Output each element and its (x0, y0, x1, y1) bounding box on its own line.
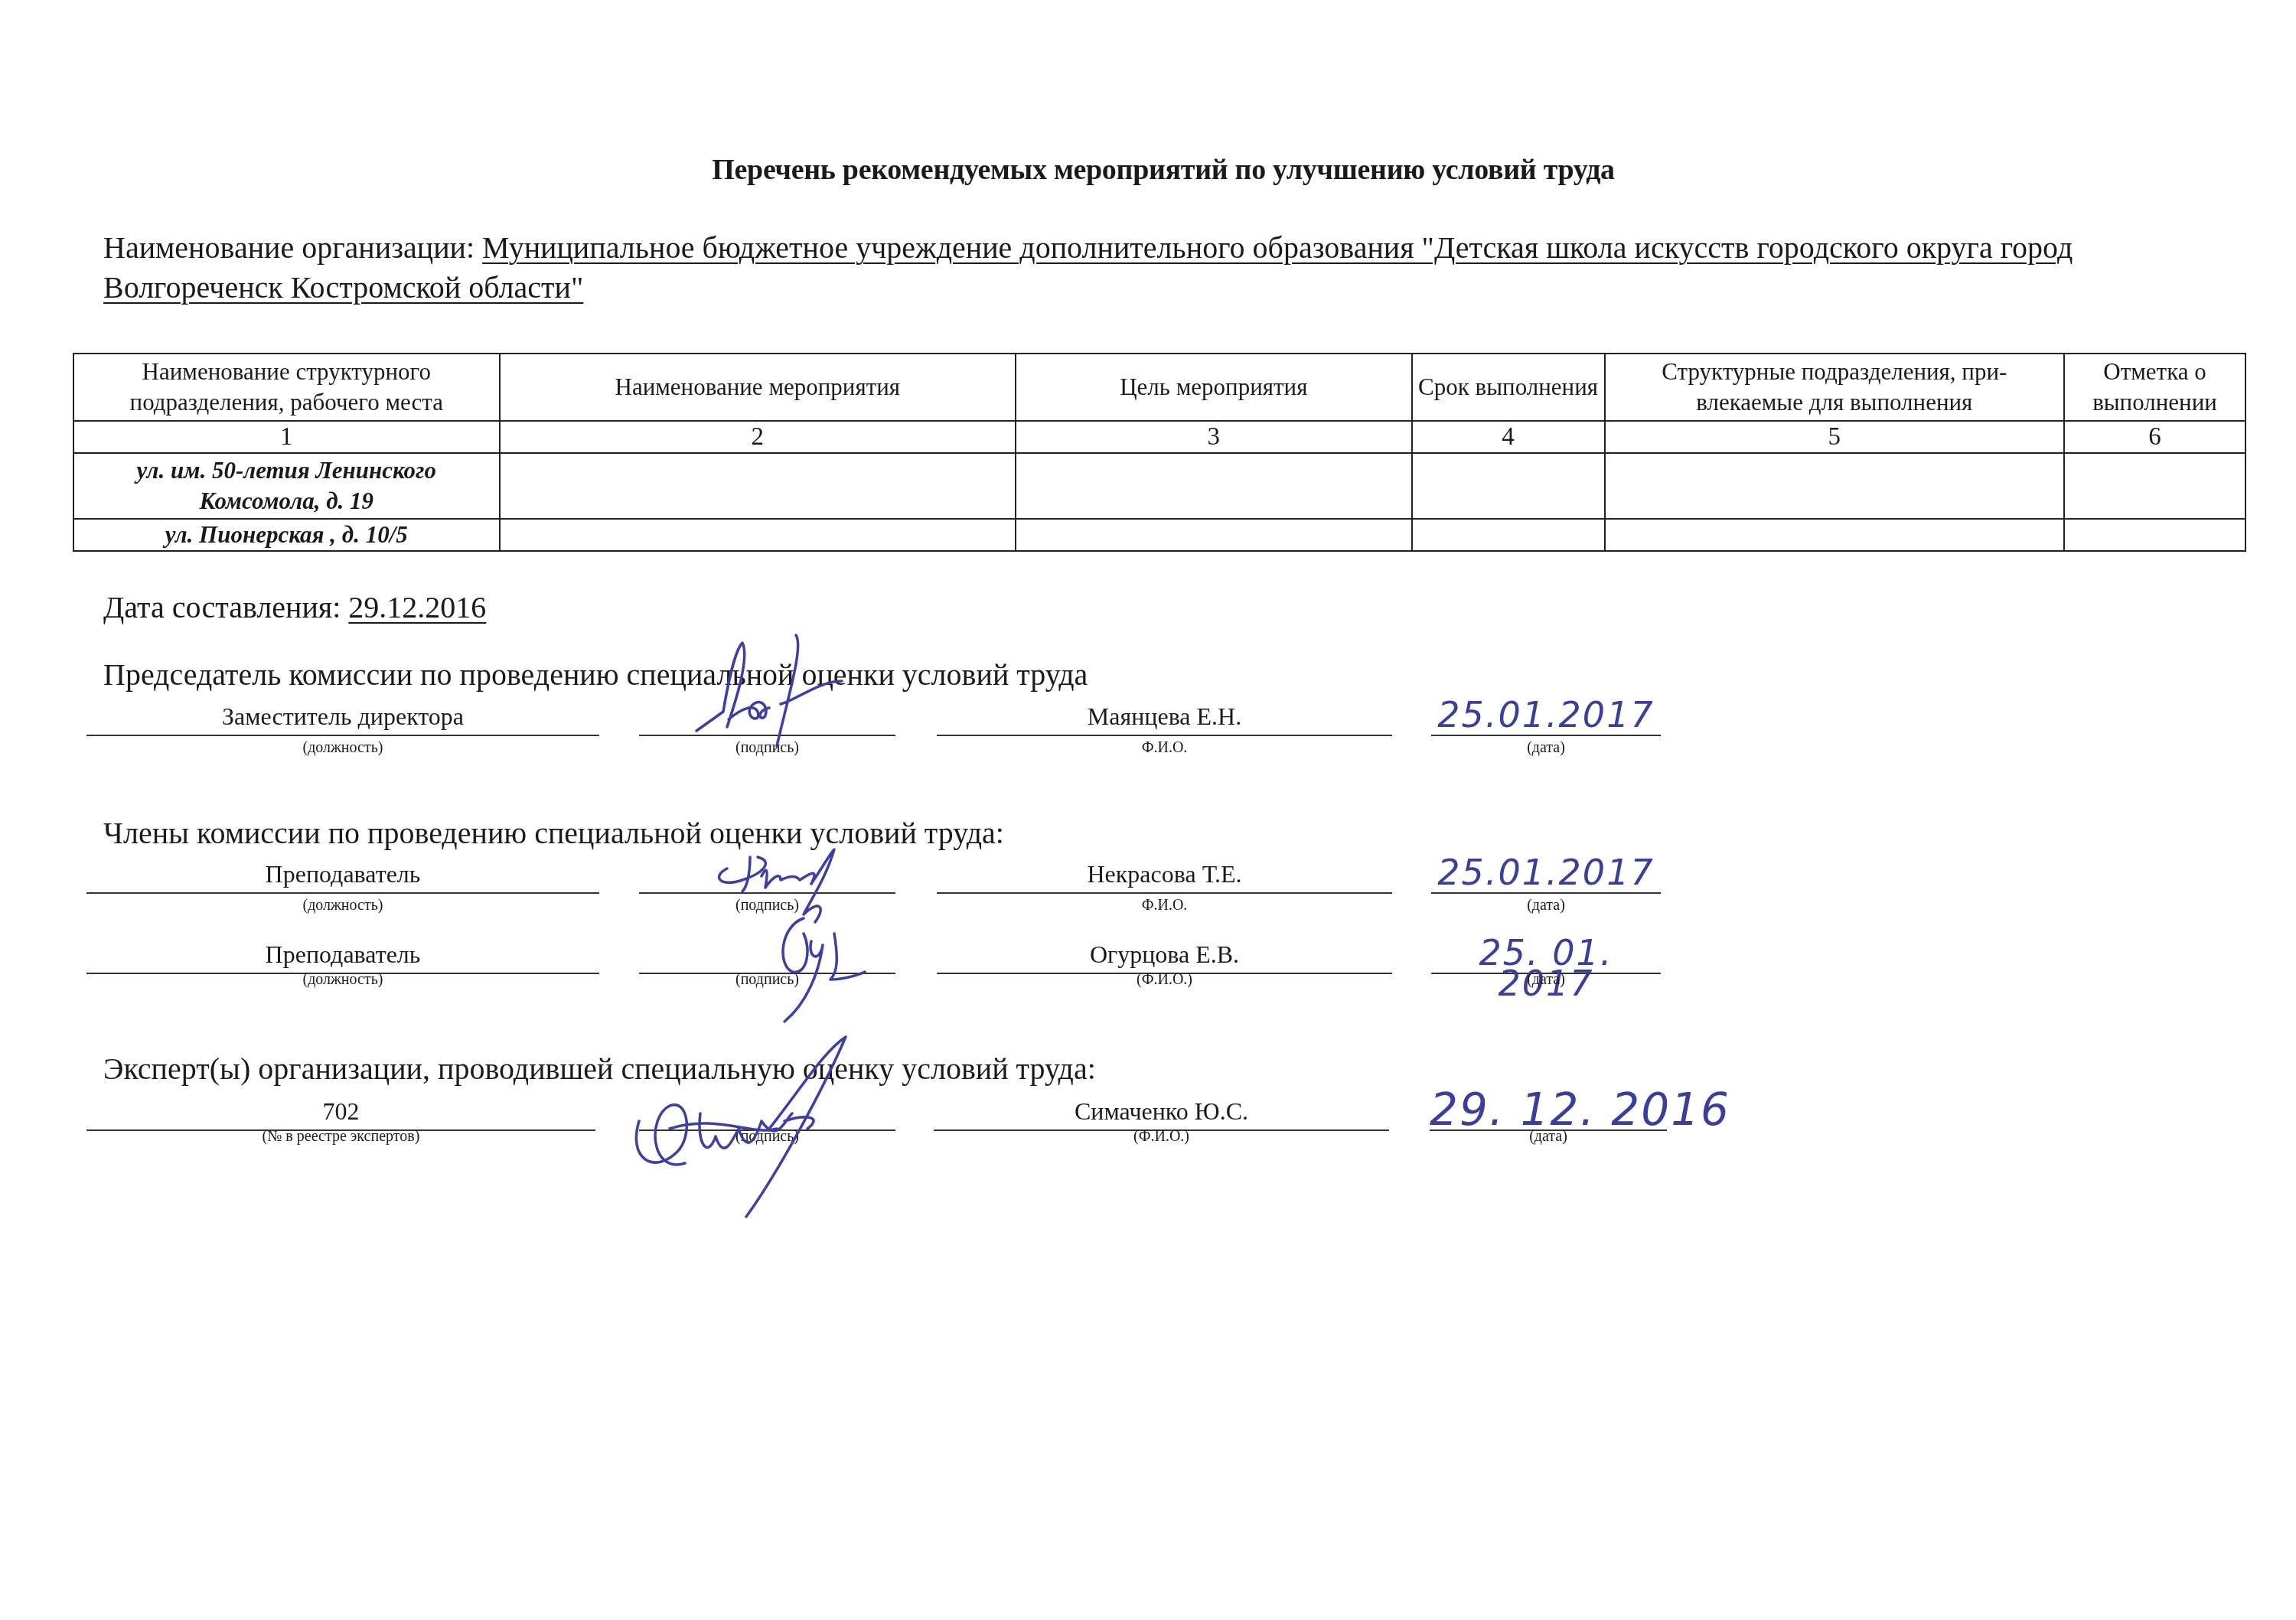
document-title: Перечень рекомендуемых мероприятий по ул… (0, 153, 2296, 187)
expert-registry-number: 702 (86, 1094, 595, 1131)
date-caption: (дата) (1430, 1128, 1667, 1146)
member-signature-icon (765, 903, 918, 1025)
header-measure: Наименование мероприятия (500, 354, 1016, 421)
measure-cell (500, 453, 1016, 519)
column-number-row: 1 2 3 4 5 6 (73, 421, 2245, 453)
chairman-name: Маянцева Е.Н. (937, 699, 1392, 736)
completion-mark-cell (2064, 519, 2245, 551)
header-departments: Структурные подразделения, при-влекаемые… (1605, 354, 2065, 421)
member-name: Огурцова Е.В. (937, 937, 1392, 974)
expert-signature-row: 702 (№ в реестре экспертов) (подпись) Си… (0, 1094, 2296, 1156)
deadline-cell (1412, 453, 1605, 519)
date-caption: (дата) (1431, 897, 1661, 914)
completion-mark-cell (2064, 453, 2245, 519)
position-caption: (должность) (86, 739, 599, 757)
column-number: 4 (1412, 421, 1605, 453)
table-row: ул. им. 50-летия Ленинского Комсомола, д… (73, 453, 2245, 519)
header-completion-mark: Отметка о выполнении (2064, 354, 2245, 421)
column-number: 2 (500, 421, 1016, 453)
name-caption: (Ф.И.О.) (934, 1128, 1389, 1146)
measure-cell (500, 519, 1016, 551)
member-date: 25. 01. 2017 (1431, 937, 1661, 974)
table-header-row: Наименование структурного подразделения,… (73, 354, 2245, 421)
chairman-signature-icon (681, 635, 911, 750)
position-caption: (должность) (86, 971, 599, 989)
date-compiled: Дата составления: 29.12.2016 (103, 589, 492, 625)
name-caption: (Ф.И.О.) (937, 971, 1392, 989)
member-signature-row: Преподаватель (должность) (подпись) Огур… (0, 937, 2296, 999)
deadline-cell (1412, 519, 1605, 551)
member-position: Преподаватель (86, 937, 599, 974)
goal-cell (1016, 519, 1412, 551)
column-number: 3 (1016, 421, 1412, 453)
chairman-date: 25.01.2017 (1431, 699, 1661, 736)
column-number: 6 (2064, 421, 2245, 453)
date-caption: (дата) (1431, 971, 1661, 989)
table-row: ул. Пионерская , д. 10/5 (73, 519, 2245, 551)
organization-label: Наименование организации: (103, 230, 475, 265)
chairman-signature-row: Заместитель директора (должность) (подпи… (0, 699, 2296, 761)
goal-cell (1016, 453, 1412, 519)
expert-signature-icon (624, 1029, 991, 1221)
name-caption: Ф.И.О. (937, 739, 1392, 757)
departments-cell (1605, 453, 2065, 519)
measures-table: Наименование структурного подразделения,… (73, 353, 2246, 552)
member-signature-row: Преподаватель (должность) (подпись) Некр… (0, 857, 2296, 918)
date-compiled-label: Дата составления: (103, 590, 341, 624)
organization-block: Наименование организации: Муниципальное … (103, 228, 2200, 308)
chairman-heading: Председатель комиссии по проведению спец… (103, 657, 1088, 693)
registry-caption: (№ в реестре экспертов) (86, 1128, 595, 1146)
header-deadline: Срок выполнения (1412, 354, 1605, 421)
column-number: 5 (1605, 421, 2065, 453)
member-name: Некрасова Т.Е. (937, 857, 1392, 894)
member-date: 25.01.2017 (1431, 857, 1661, 894)
workplace-cell: ул. им. 50-летия Ленинского Комсомола, д… (73, 453, 500, 519)
header-workplace: Наименование структурного подразделения,… (73, 354, 500, 421)
header-goal: Цель мероприятия (1016, 354, 1412, 421)
column-number: 1 (73, 421, 500, 453)
expert-date: 29. 12. 2016 (1430, 1094, 1667, 1131)
date-caption: (дата) (1431, 739, 1661, 757)
workplace-cell: ул. Пионерская , д. 10/5 (73, 519, 500, 551)
date-compiled-value: 29.12.2016 (348, 590, 492, 624)
position-caption: (должность) (86, 897, 599, 914)
expert-name: Симаченко Ю.С. (934, 1094, 1389, 1131)
member-position: Преподаватель (86, 857, 599, 894)
chairman-position: Заместитель директора (86, 699, 599, 736)
name-caption: Ф.И.О. (937, 897, 1392, 914)
departments-cell (1605, 519, 2065, 551)
